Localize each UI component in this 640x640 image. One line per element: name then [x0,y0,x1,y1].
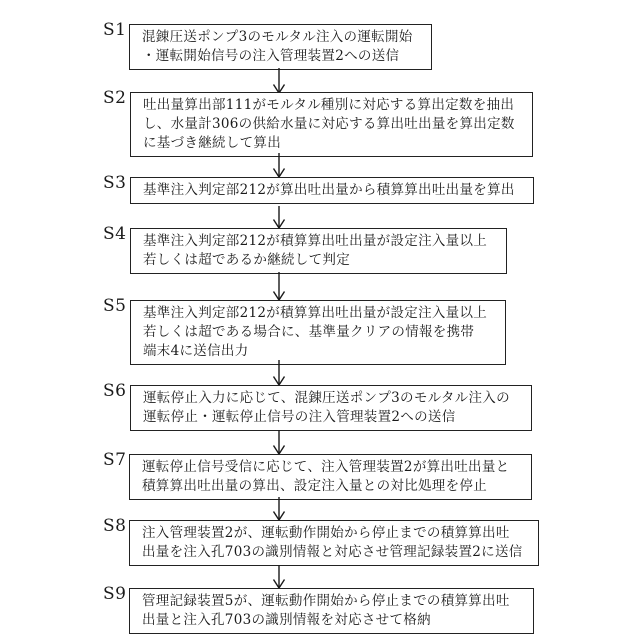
step-text-s5: 基準注入判定部212が積算算出吐出量が設定注入量以上 若しくは超である場合に、基… [131,301,505,364]
step-label-s5: S5 [103,296,126,316]
step-label-s7: S7 [103,450,126,470]
arrow-down-icon [270,497,288,521]
arrow-down-icon [270,565,288,589]
step-label-s9: S9 [103,584,126,604]
step-text-s7: 運転停止信号受信に応じて、注入管理装置2が算出吐出量と 積算算出吐出量の算出、設… [130,455,531,499]
step-text-s9: 管理記録装置5が、運転動作開始から停止までの積算算出吐 出量と注入孔703の識別… [130,589,533,633]
arrow-down-icon [270,206,288,229]
step-box-s4: 基準注入判定部212が積算算出吐出量が設定注入量以上 若しくは超であるか継続して… [130,228,507,274]
step-box-s5: 基準注入判定部212が積算算出吐出量が設定注入量以上 若しくは超である場合に、基… [130,300,506,365]
step-box-s3: 基準注入判定部212が算出吐出量から積算算出吐出量を算出 [130,177,534,204]
arrow-down-icon [270,360,288,386]
step-text-s4: 基準注入判定部212が積算算出吐出量が設定注入量以上 若しくは超であるか継続して… [131,229,506,273]
step-label-s8: S8 [103,516,126,536]
step-box-s9: 管理記録装置5が、運転動作開始から停止までの積算算出吐 出量と注入孔703の識別… [129,588,534,634]
arrow-down-icon [270,430,288,455]
step-text-s8: 注入管理装置2が、運転動作開始から停止までの積算算出吐 出量を注入孔703の識別… [130,521,538,565]
step-box-s2: 吐出量算出部111がモルタル種別に対応する算出定数を抽出 し、水量計306の供給… [130,92,533,157]
step-label-s2: S2 [103,88,126,108]
step-box-s6: 運転停止入力に応じて、混錬圧送ポンプ3のモルタル注入の 運転停止・運転停止信号の… [130,385,532,431]
flowchart-canvas: S1 混錬圧送ポンプ3のモルタル注入の運転開始 ・運転開始信号の注入管理装置2へ… [0,0,640,640]
arrow-down-icon [270,272,288,301]
step-box-s8: 注入管理装置2が、運転動作開始から停止までの積算算出吐 出量を注入孔703の識別… [129,520,539,566]
step-box-s7: 運転停止信号受信に応じて、注入管理装置2が算出吐出量と 積算算出吐出量の算出、設… [129,454,532,500]
step-text-s2: 吐出量算出部111がモルタル種別に対応する算出定数を抽出 し、水量計306の供給… [131,93,532,156]
step-label-s3: S3 [103,173,126,193]
arrow-down-icon [270,153,288,178]
step-box-s1: 混錬圧送ポンプ3のモルタル注入の運転開始 ・運転開始信号の注入管理装置2への送信 [129,24,432,70]
step-text-s1: 混錬圧送ポンプ3のモルタル注入の運転開始 ・運転開始信号の注入管理装置2への送信 [130,25,431,69]
step-text-s6: 運転停止入力に応じて、混錬圧送ポンプ3のモルタル注入の 運転停止・運転停止信号の… [131,386,531,430]
step-text-s3: 基準注入判定部212が算出吐出量から積算算出吐出量を算出 [131,178,533,203]
step-label-s6: S6 [103,381,126,401]
arrow-down-icon [270,68,288,94]
step-label-s4: S4 [103,224,126,244]
step-label-s1: S1 [103,20,126,40]
